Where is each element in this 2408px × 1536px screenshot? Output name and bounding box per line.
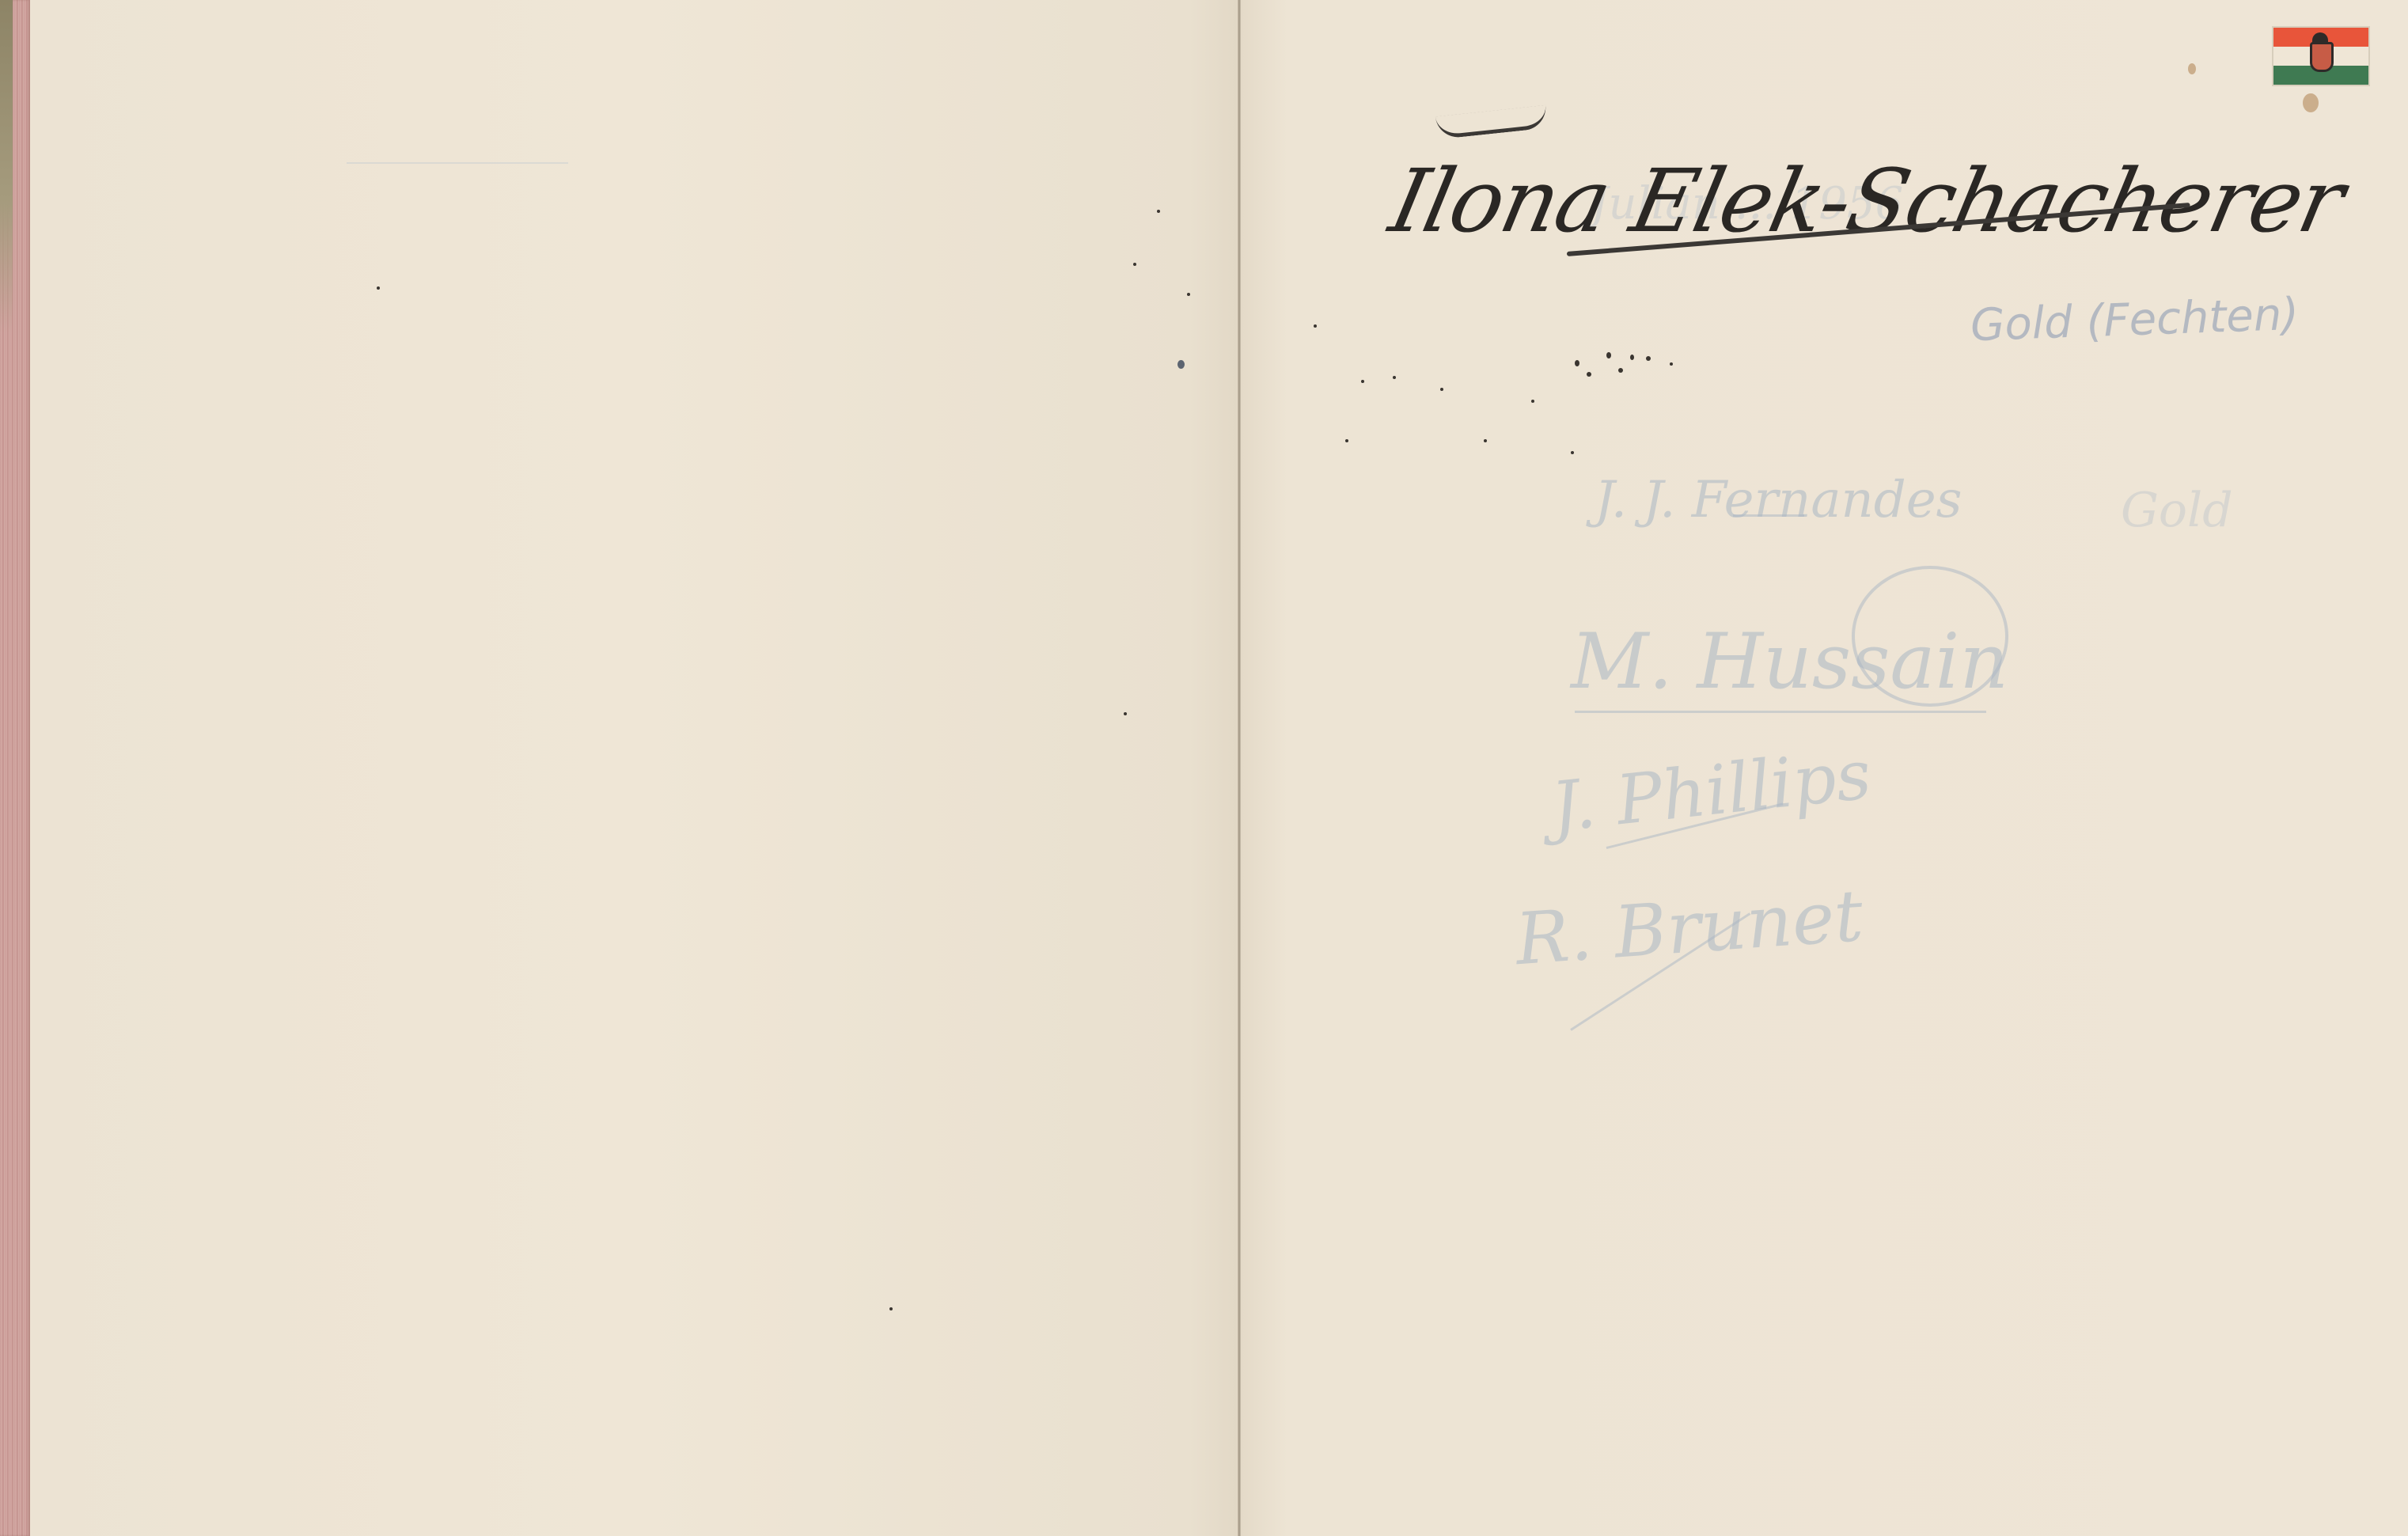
pencil-stroke: [1575, 711, 1986, 713]
pencil-stroke: [1733, 514, 1804, 517]
ink-speck: [1484, 439, 1487, 442]
ink-speck: [1440, 388, 1443, 391]
ink-speck: [1618, 368, 1623, 373]
signature-fernandes: J. J. Fernandes: [1595, 471, 1962, 529]
signature-main: Ilona Elek-Schacherer: [1382, 150, 2351, 252]
ink-speck: [1124, 712, 1127, 715]
ink-speck: [1157, 210, 1160, 213]
ink-speck: [1646, 356, 1651, 361]
ink-speck: [1177, 360, 1185, 369]
ink-speck: [889, 1307, 893, 1310]
left-page: [30, 0, 1238, 1536]
pencil-note-gold-2: Gold: [2121, 483, 2233, 538]
page-edges: [0, 0, 30, 1536]
hungarian-flag-icon: [2273, 28, 2368, 85]
ink-speck: [1606, 352, 1611, 358]
faint-ruled-mark: [347, 162, 568, 164]
ink-speck: [1345, 439, 1348, 442]
ink-speck: [1133, 263, 1136, 266]
ink-speck: [377, 286, 380, 290]
signature-loop: [1852, 566, 2008, 707]
stain: [2188, 63, 2196, 74]
ink-speck: [1575, 360, 1579, 366]
ink-speck: [1587, 372, 1591, 377]
ink-speck: [1670, 362, 1673, 366]
ink-speck: [1393, 376, 1396, 379]
ink-speck: [1314, 324, 1317, 328]
ink-speck: [1361, 380, 1364, 383]
stain: [2303, 93, 2319, 112]
ink-speck: [1630, 355, 1634, 360]
ink-speck: [1187, 293, 1190, 296]
ink-speck: [1531, 400, 1534, 403]
ink-speck: [1571, 451, 1574, 454]
coat-of-arms-icon: [2310, 42, 2334, 72]
